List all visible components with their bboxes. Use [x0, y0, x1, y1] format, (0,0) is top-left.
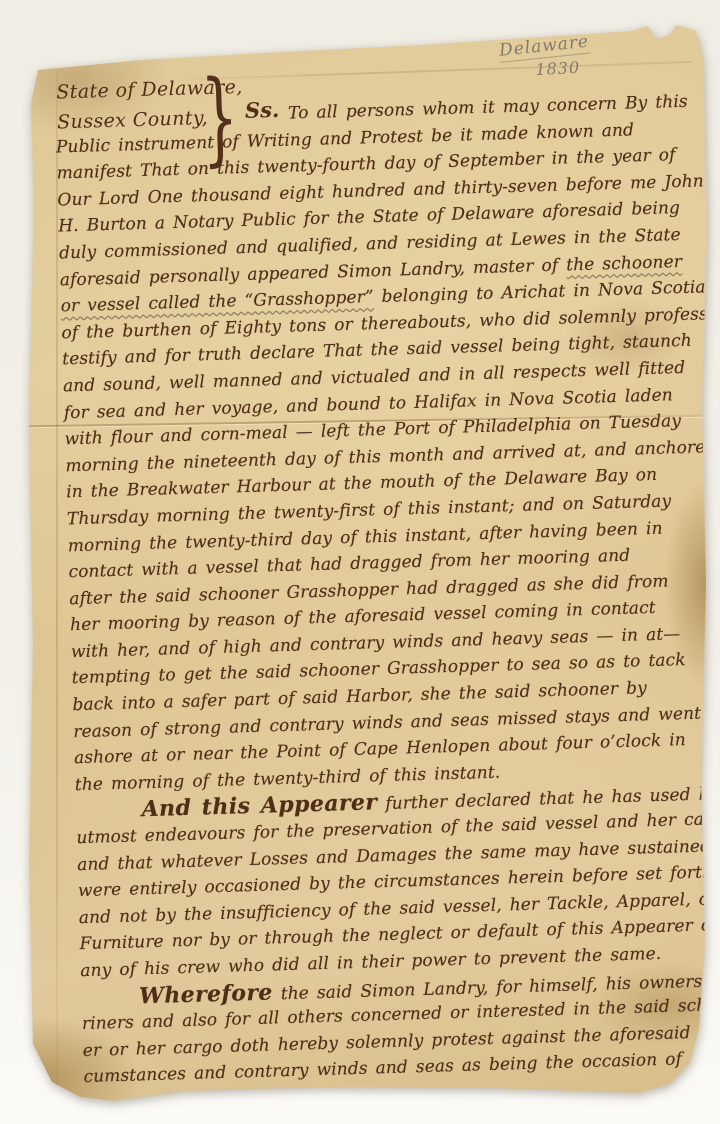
document-content: State of Delaware, Sussex County, } Ss. …: [32, 59, 720, 1098]
photo-background: Delaware 1830 State of Delaware, Sussex …: [0, 0, 720, 1124]
document-paper: Delaware 1830 State of Delaware, Sussex …: [22, 24, 710, 1102]
document-body: To all persons whom it may concern By th…: [55, 89, 720, 1091]
paragraph-lead: Wherefore: [139, 979, 273, 1009]
document-paper-wrap: Delaware 1830 State of Delaware, Sussex …: [0, 0, 720, 1124]
line-text: the schooner: [566, 252, 682, 275]
